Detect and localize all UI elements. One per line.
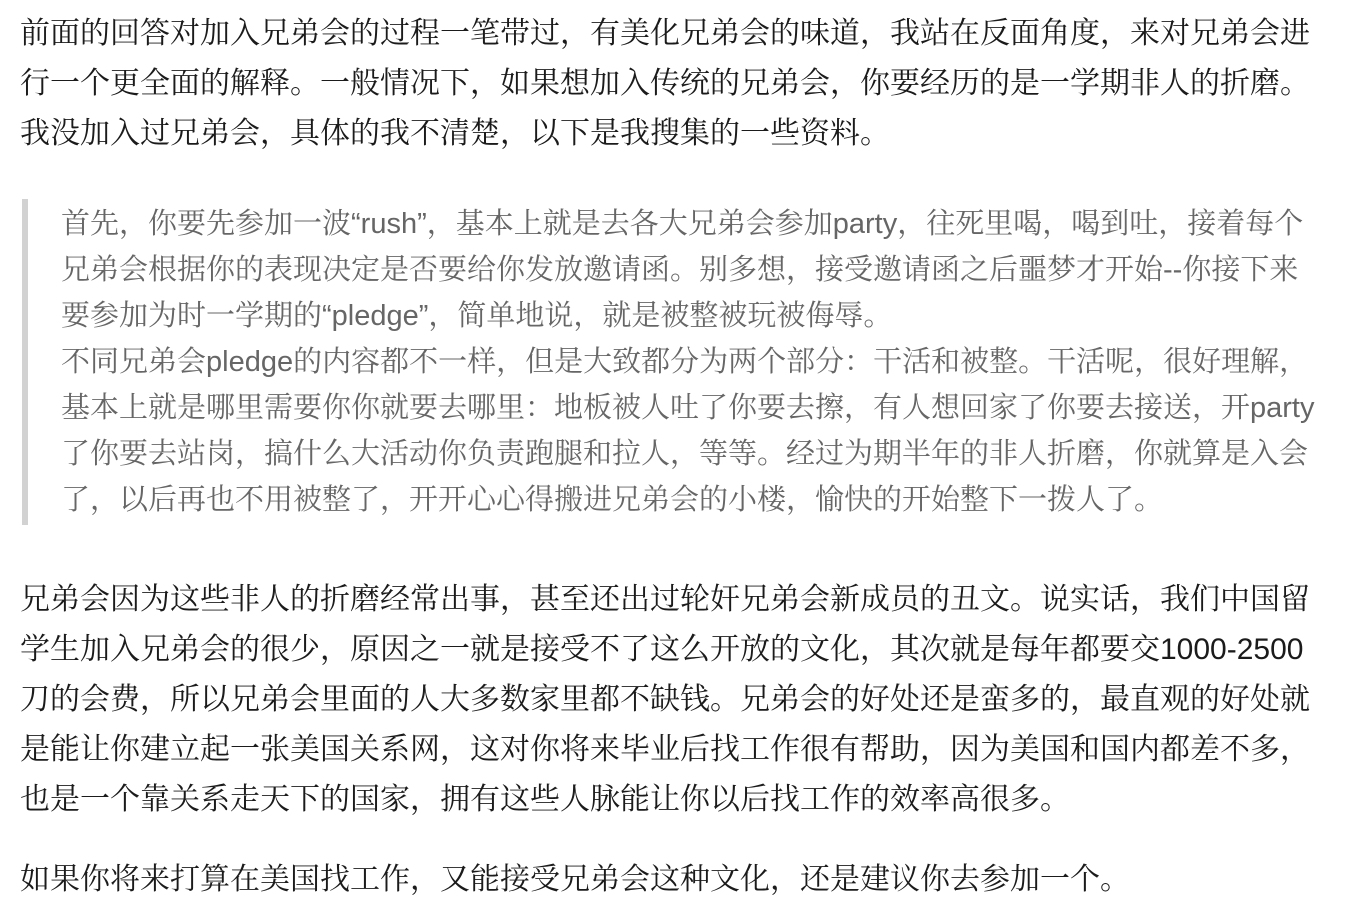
- conclusion-paragraph: 如果你将来打算在美国找工作，又能接受兄弟会这种文化，还是建议你去参加一个。: [20, 855, 1332, 905]
- analysis-paragraph: 兄弟会因为这些非人的折磨经常出事，甚至还出过轮奸兄弟会新成员的丑文。说实话，我们…: [20, 575, 1332, 825]
- intro-paragraph: 前面的回答对加入兄弟会的过程一笔带过，有美化兄弟会的味道，我站在反面角度，来对兄…: [20, 9, 1332, 159]
- quote-paragraph-pledge: 不同兄弟会pledge的内容都不一样，但是大致都分为两个部分：干活和被整。干活呢…: [61, 339, 1318, 523]
- blockquote: 首先，你要先参加一波“rush”，基本上就是去各大兄弟会参加party，往死里喝…: [22, 199, 1332, 525]
- answer-body: 前面的回答对加入兄弟会的过程一笔带过，有美化兄弟会的味道，我站在反面角度，来对兄…: [0, 0, 1354, 924]
- quote-paragraph-rush: 首先，你要先参加一波“rush”，基本上就是去各大兄弟会参加party，往死里喝…: [61, 201, 1318, 339]
